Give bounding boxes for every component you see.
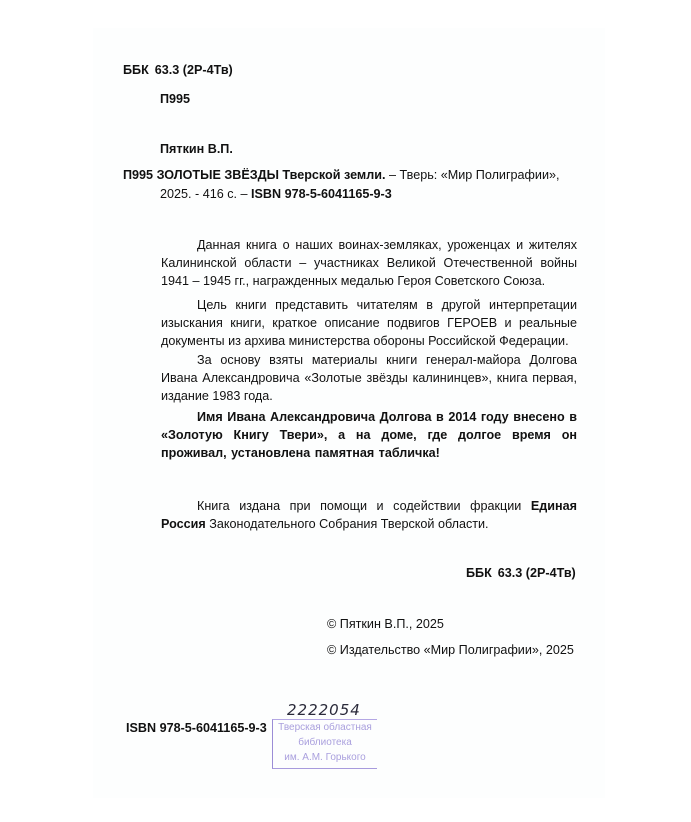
isbn-bottom: ISBN 978-5-6041165-9-3 bbox=[126, 721, 267, 735]
annotation-paragraph-1: Данная книга о наших воинах-земляках, ур… bbox=[161, 236, 577, 290]
annotation-paragraph-4: Имя Ивана Александровича Долгова в 2014 … bbox=[161, 408, 577, 462]
biblio-mark: П995 bbox=[123, 168, 153, 182]
bbk-label: ББК bbox=[466, 566, 492, 580]
year-pages: 2025. - 416 с. – bbox=[160, 187, 251, 201]
bbk-code: 63.3 (2Р-4Тв) bbox=[155, 63, 233, 77]
biblio-line-2: 2025. - 416 с. – ISBN 978-5-6041165-9-3 bbox=[123, 185, 583, 204]
biblio-line-1: П995 ЗОЛОТЫЕ ЗВЁЗДЫ Тверской земли. – Тв… bbox=[123, 166, 583, 185]
bbk-index-top: ББК63.3 (2Р-4Тв) bbox=[123, 63, 233, 77]
place-publisher: – Тверь: «Мир Полиграфии», bbox=[386, 168, 560, 182]
stamp-line-3: им. А.М. Горького bbox=[273, 750, 377, 765]
publication-support-note: Книга издана при помощи и содействии фра… bbox=[161, 497, 577, 533]
book-title: ЗОЛОТЫЕ ЗВЁЗДЫ Тверской земли bbox=[157, 168, 382, 182]
isbn: ISBN 978-5-6041165-9-3 bbox=[251, 187, 392, 201]
bibliographic-record: П995 ЗОЛОТЫЕ ЗВЁЗДЫ Тверской земли. – Тв… bbox=[123, 166, 583, 204]
author-name: Пяткин В.П. bbox=[160, 142, 233, 156]
stamp-line-1: Тверская областная bbox=[273, 720, 377, 735]
author-mark: П995 bbox=[160, 92, 190, 106]
copyright-author: © Пяткин В.П., 2025 bbox=[327, 617, 444, 631]
handwritten-inventory-number: 2222054 bbox=[287, 701, 361, 719]
stamp-line-2: библиотека bbox=[273, 735, 377, 750]
bbk-index-bottom: ББК63.3 (2Р-4Тв) bbox=[466, 566, 576, 580]
annotation-paragraph-2: Цель книги представить читателям в друго… bbox=[161, 296, 577, 350]
library-stamp: Тверская областная библиотека им. А.М. Г… bbox=[272, 719, 377, 769]
annotation-paragraph-3: За основу взяты материалы книги генерал-… bbox=[161, 351, 577, 405]
bbk-label: ББК bbox=[123, 63, 149, 77]
copyright-publisher: © Издательство «Мир Полиграфии», 2025 bbox=[327, 643, 574, 657]
bbk-code: 63.3 (2Р-4Тв) bbox=[498, 566, 576, 580]
